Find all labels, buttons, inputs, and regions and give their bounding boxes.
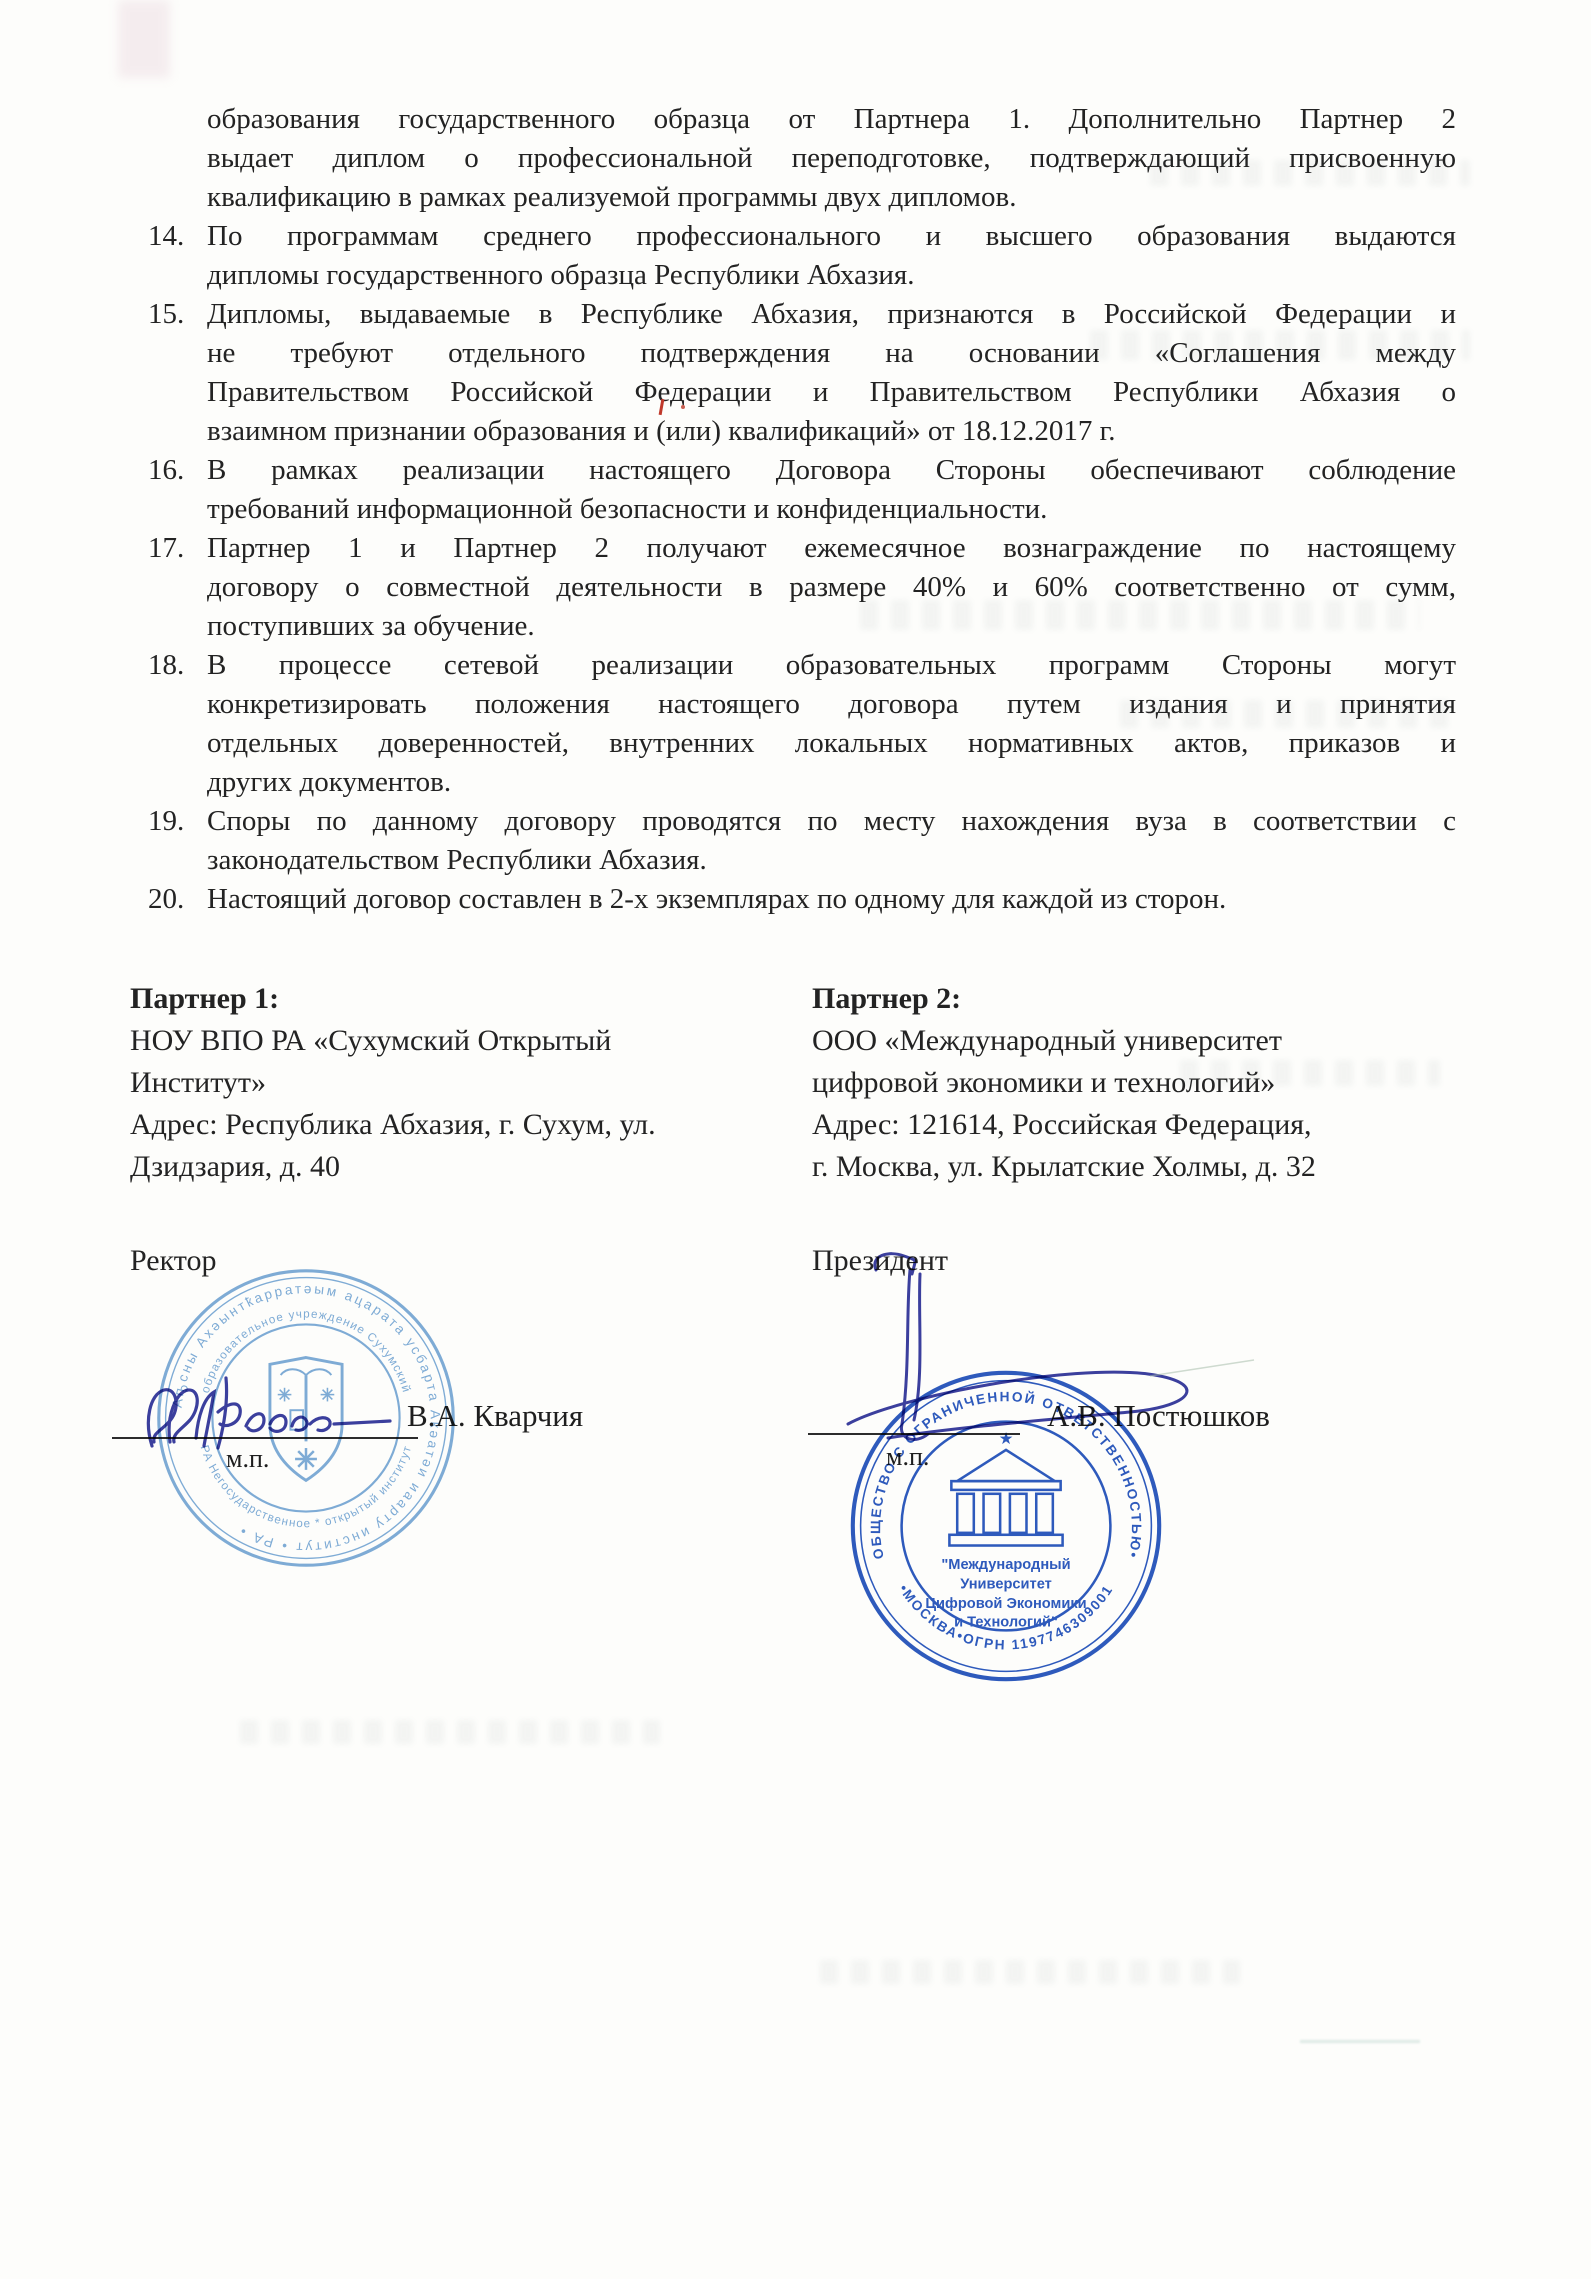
scan-scratch	[1300, 2040, 1420, 2043]
stamp-center-line: Цифровой Экономики	[925, 1596, 1086, 1612]
clause-number: 19.	[148, 802, 204, 841]
text-line: взаимном признании образования и (или) к…	[207, 412, 1456, 451]
partner-1-heading: Партнер 1:	[130, 978, 740, 1020]
stamp-center-line: и Технологий"	[954, 1615, 1058, 1631]
text-line: требований информационной безопасности и…	[207, 490, 1456, 529]
partner-1-line: Дзидзария, д. 40	[130, 1146, 740, 1188]
scanned-contract-page: образования государственного образца от …	[0, 0, 1591, 2279]
clause-number: 15.	[148, 295, 204, 334]
clause-number: 16.	[148, 451, 204, 490]
stamp-center-line: Университет	[960, 1576, 1052, 1592]
clause-20: 20. Настоящий договор составлен в 2-х эк…	[148, 880, 1456, 919]
signature-right-scrawl	[830, 1248, 1260, 1468]
clause-14: 14. По программам среднего профессиональ…	[148, 217, 1456, 295]
clause-number: 20.	[148, 880, 204, 919]
clause-15: 15. Дипломы, выдаваемые в Республике Абх…	[148, 295, 1456, 451]
contract-text: образования государственного образца от …	[148, 100, 1456, 919]
bleedthrough-smudge	[1150, 160, 1470, 186]
partner-1-line: Институт»	[130, 1062, 740, 1104]
partner-2-line: ООО «Международный университет	[812, 1020, 1452, 1062]
scan-scratch-line	[1150, 1360, 1254, 1376]
text-line: дипломы государственного образца Республ…	[207, 256, 1456, 295]
clause-number: 17.	[148, 529, 204, 568]
text-line: образования государственного образца от …	[207, 100, 1456, 139]
text-line: Настоящий договор составлен в 2-х экземп…	[207, 880, 1456, 919]
bleedthrough-smudge	[820, 1960, 1240, 1984]
text-line: Партнер 1 и Партнер 2 получают ежемесячн…	[207, 529, 1456, 568]
bleedthrough-smudge	[1180, 1060, 1440, 1086]
continuation-paragraph: образования государственного образца от …	[148, 100, 1456, 217]
bleedthrough-smudge	[1120, 700, 1460, 728]
clause-16: 16. В рамках реализации настоящего Догов…	[148, 451, 1456, 529]
partner-1-line: Адрес: Республика Абхазия, г. Сухум, ул.	[130, 1104, 740, 1146]
bleedthrough-smudge	[1090, 330, 1470, 360]
text-line: отдельных доверенностей, внутренних лока…	[207, 724, 1456, 763]
clause-number: 18.	[148, 646, 204, 685]
bleedthrough-smudge	[118, 0, 170, 78]
text-line: По программам среднего профессионального…	[207, 217, 1456, 256]
text-line: других документов.	[207, 763, 1456, 802]
bleedthrough-smudge	[860, 600, 1420, 630]
stamp-center-line: "Международный	[941, 1557, 1070, 1573]
bleedthrough-smudge	[240, 1720, 660, 1744]
text-line: Правительством Российской Федерации и Пр…	[207, 373, 1456, 412]
text-line: В процессе сетевой реализации образовате…	[207, 646, 1456, 685]
clause-number: 14.	[148, 217, 204, 256]
red-accent-dot	[681, 405, 685, 409]
clause-19: 19. Споры по данному договору проводятся…	[148, 802, 1456, 880]
text-line: Дипломы, выдаваемые в Республике Абхазия…	[207, 295, 1456, 334]
text-line: В рамках реализации настоящего Договора …	[207, 451, 1456, 490]
signature-left-scrawl	[140, 1372, 440, 1462]
partner-2-line: Адрес: 121614, Российская Федерация,	[812, 1104, 1452, 1146]
partner-1-line: НОУ ВПО РА «Сухумский Открытый	[130, 1020, 740, 1062]
partner-1-block: Партнер 1: НОУ ВПО РА «Сухумский Открыты…	[130, 978, 740, 1188]
partner-2-line: г. Москва, ул. Крылатские Холмы, д. 32	[812, 1146, 1452, 1188]
text-line: законодательством Республики Абхазия.	[207, 841, 1456, 880]
partner-2-heading: Партнер 2:	[812, 978, 1452, 1020]
text-line: Споры по данному договору проводятся по …	[207, 802, 1456, 841]
